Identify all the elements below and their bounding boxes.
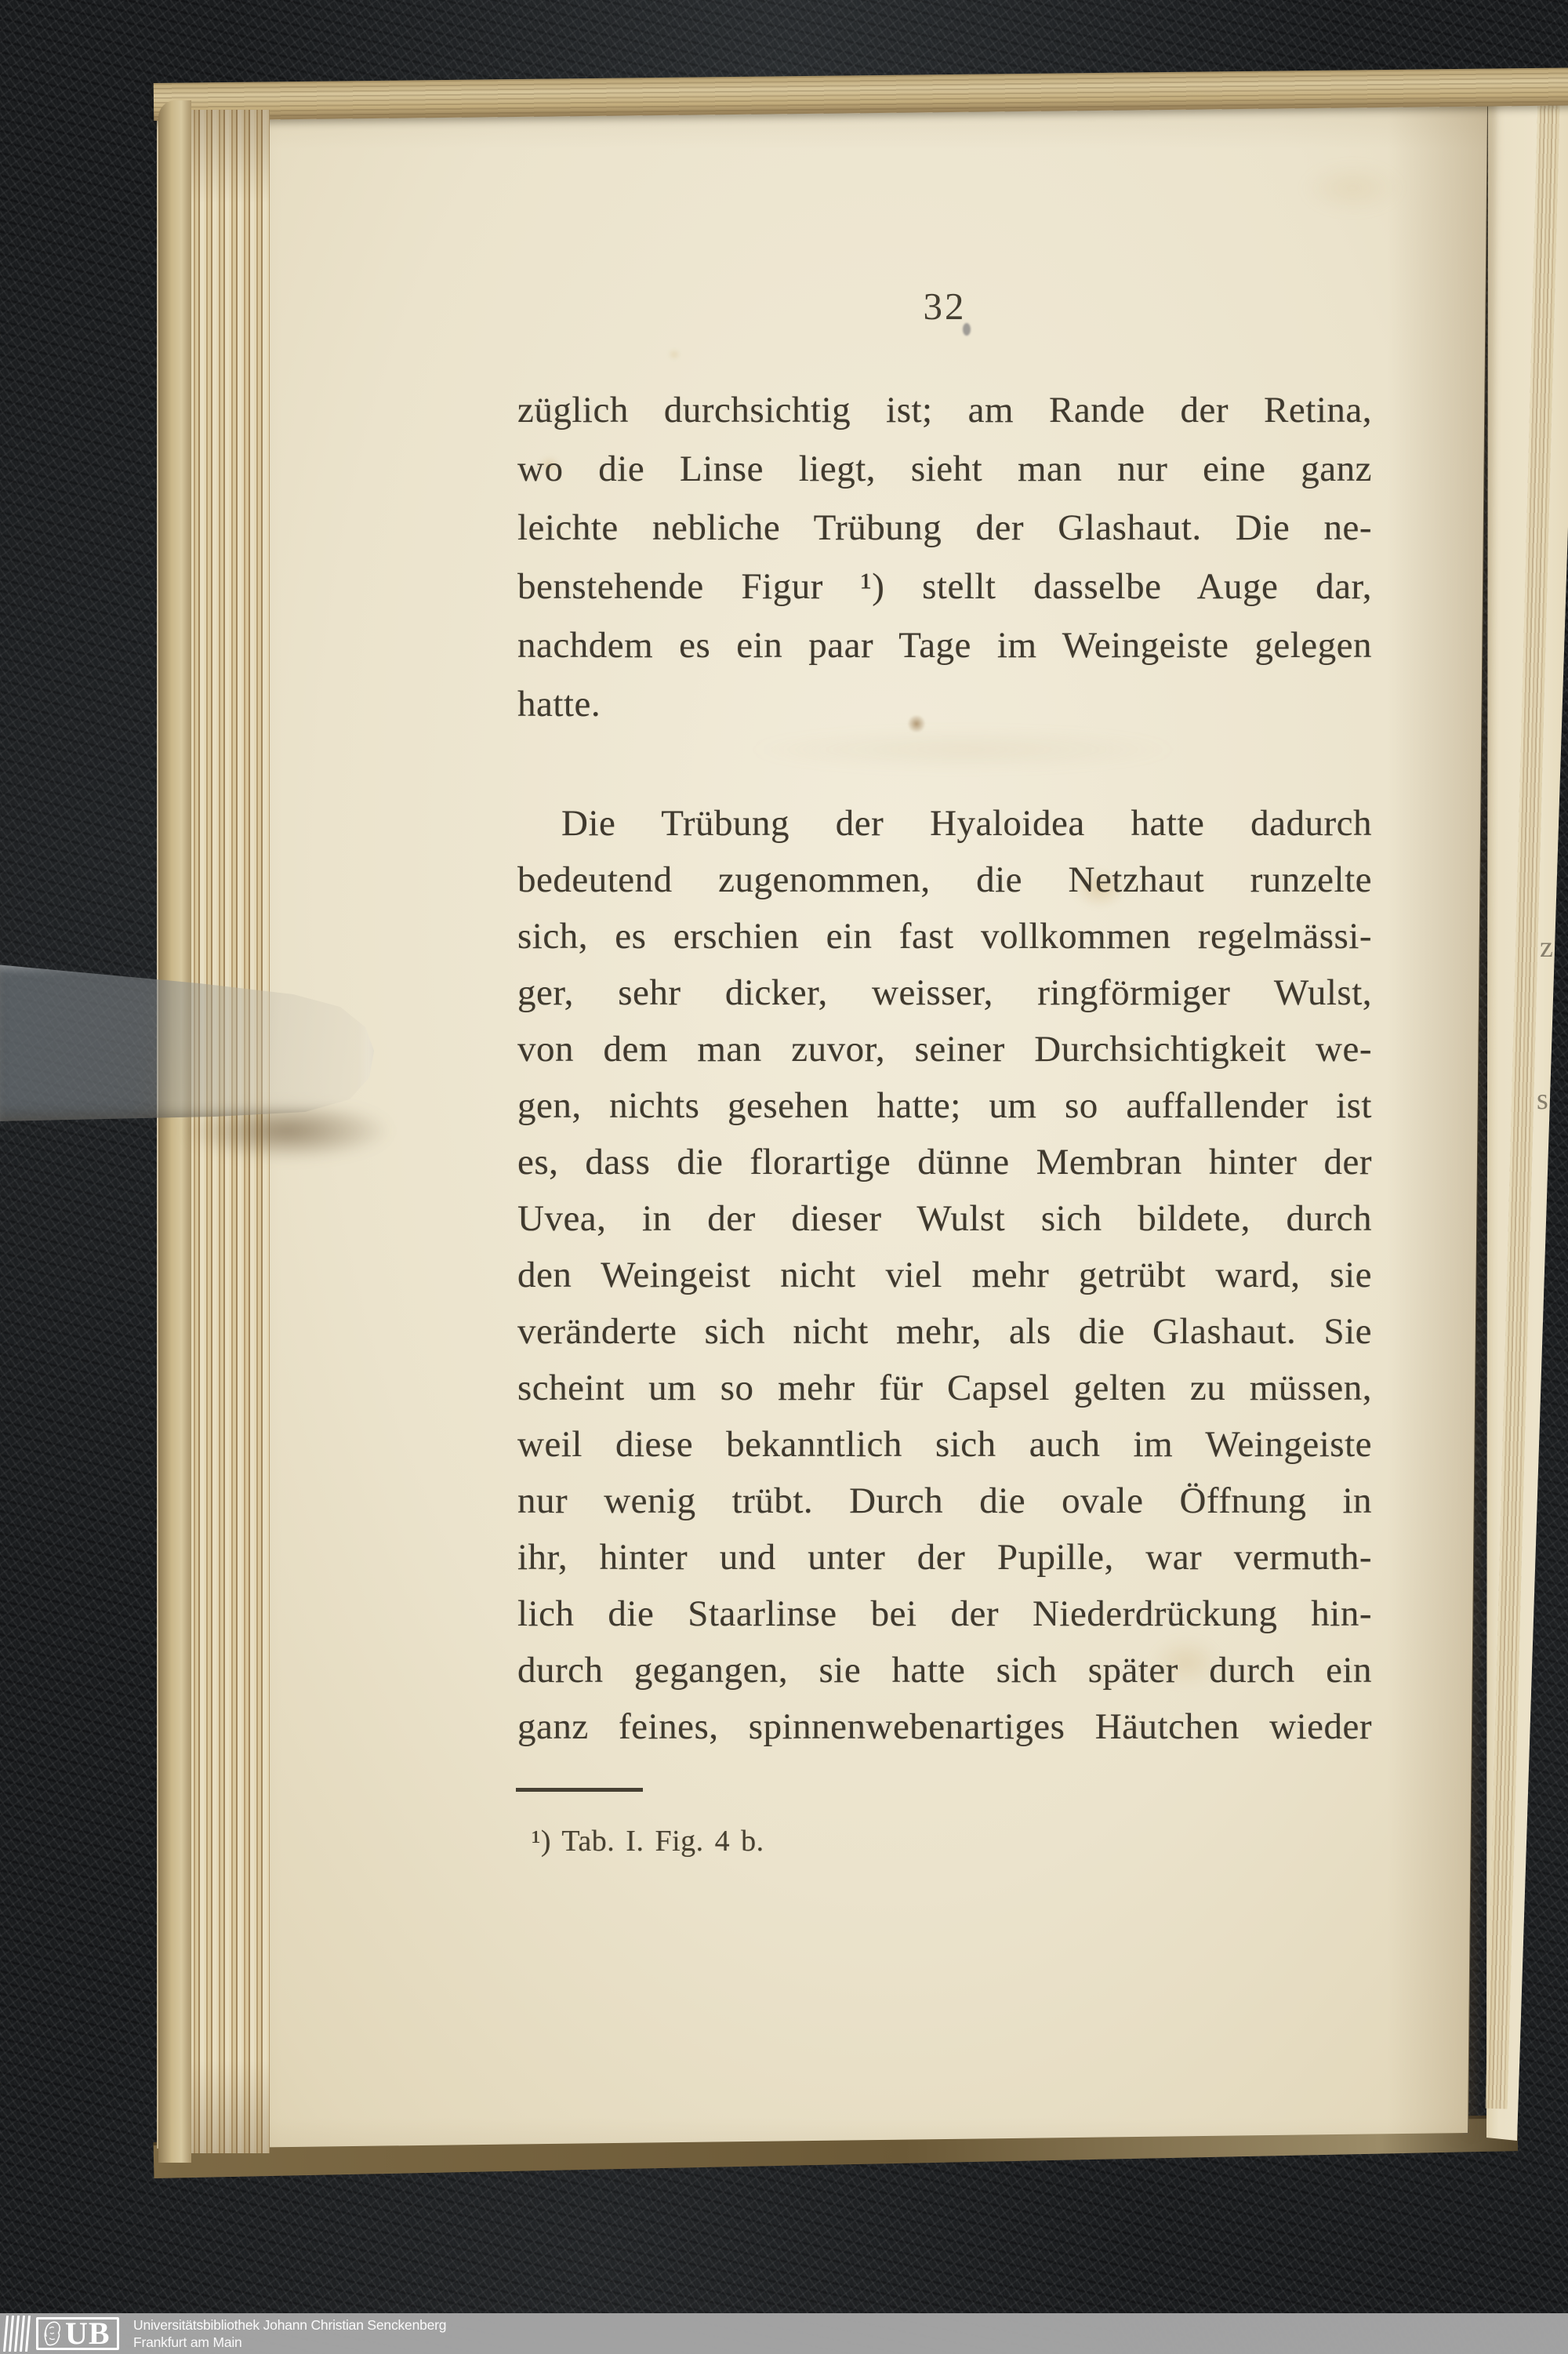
ub-logo-text: UB [65,2319,111,2348]
text-line: wo die Linse liegt, sieht man nur eine g… [517,440,1372,499]
footnote: ¹) Tab. I. Fig. 4 b. [532,1824,764,1858]
show-through-ghost [743,729,1182,770]
text-line: Die Trübung der Hyaloidea hatte dadurch [517,795,1372,852]
text-line: benstehende Figur ¹) stellt dasselbe Aug… [517,558,1372,616]
ub-logo-box: UB [36,2317,119,2350]
text-line: veränderte sich nicht mehr, als die Glas… [517,1303,1372,1360]
footnote-rule [516,1788,643,1792]
text-line: ganz feines, spinnenwebenartiges Häutche… [517,1698,1372,1755]
text-line: es, dass die florartige dünne Membran hi… [517,1134,1372,1190]
page-number: 32 [902,284,988,329]
text-line: Uvea, in der dieser Wulst sich bildete, … [517,1190,1372,1247]
text-line: züglich durchsichtig ist; am Rande der R… [517,381,1372,440]
text-line: ihr, hinter und unter der Pupille, war v… [517,1529,1372,1586]
text-line: weil diese bekanntlich sich auch im Wein… [517,1416,1372,1473]
library-city: Frankfurt am Main [133,2334,446,2351]
text-line: lich die Staarlinse bei der Niederdrücku… [517,1586,1372,1642]
text-line: gen, nichts gesehen hatte; um so auffall… [517,1077,1372,1134]
text-line: bedeutend zugenommen, die Netzhaut runze… [517,852,1372,908]
portrait-icon [40,2319,64,2349]
paragraph-1: züglich durchsichtig ist; am Rande der R… [517,381,1372,734]
text-line: leichte nebliche Trübung der Glashaut. D… [517,499,1372,558]
paper-stain [1301,163,1403,213]
text-line: sich, es erschien ein fast vollkommen re… [517,908,1372,964]
text-line: scheint um so mehr für Capsel gelten zu … [517,1360,1372,1416]
text-line: durch gegangen, sie hatte sich später du… [517,1642,1372,1698]
library-name: Universitätsbibliothek Johann Christian … [133,2316,446,2334]
library-watermark-bar: UB Universitätsbibliothek Johann Christi… [0,2313,1568,2354]
paper-stain [668,349,681,360]
text-line: nachdem es ein paar Tage im Weingeiste g… [517,616,1372,675]
text-line: hatte. [517,675,1372,734]
text-line: von dem man zuvor, seiner Durchsichtigke… [517,1021,1372,1077]
ub-logo: UB [5,2313,119,2354]
paragraph-2: Die Trübung der Hyaloidea hatte dadurchb… [517,795,1372,1755]
text-line: nur wenig trübt. Durch die ovale Öffnung… [517,1473,1372,1529]
library-name-block: Universitätsbibliothek Johann Christian … [133,2316,446,2351]
text-line: den Weingeist nicht viel mehr getrübt wa… [517,1247,1372,1303]
facing-page-text-fragment: z [1540,930,1553,964]
book-pages-icon [5,2316,32,2352]
text-line: ger, sehr dicker, weisser, ringförmiger … [517,964,1372,1021]
facing-page-text-fragment: s [1537,1082,1548,1117]
